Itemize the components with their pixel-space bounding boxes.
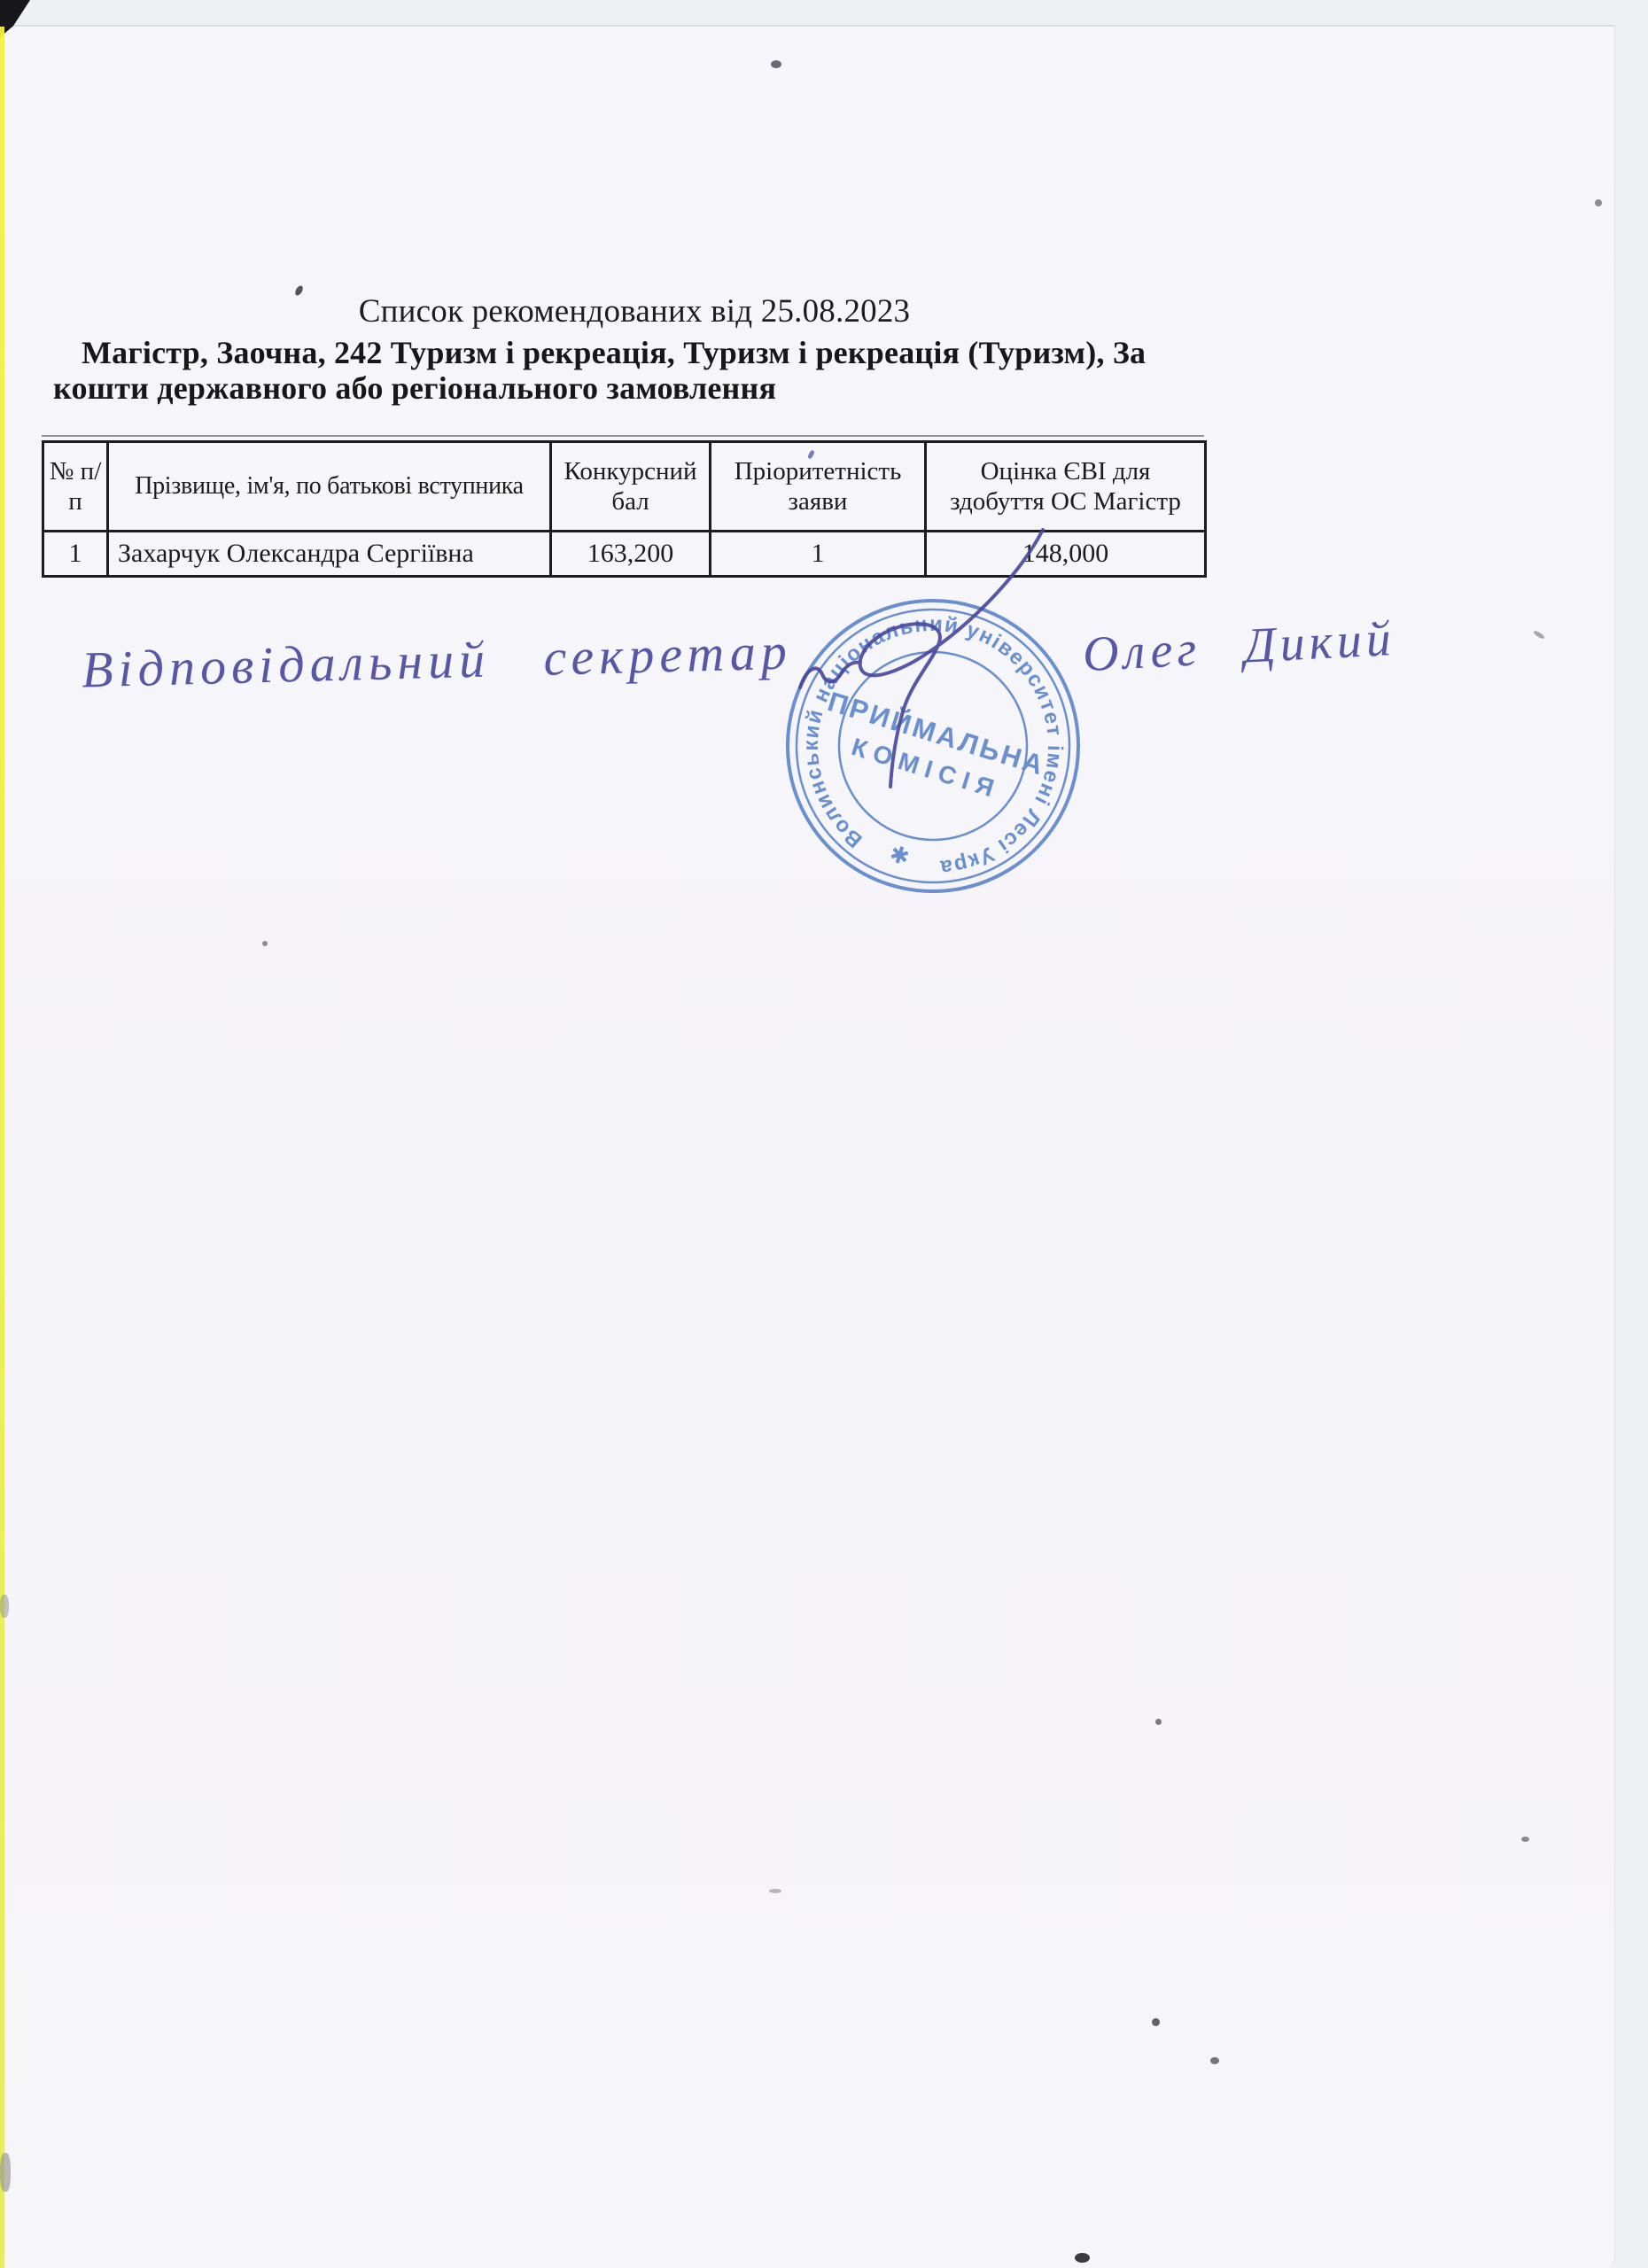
- scan-edge-yellow-line: [0, 27, 4, 2268]
- header-number: № п/п: [43, 442, 108, 532]
- signature-main-stroke: [860, 530, 1043, 787]
- page-subtitle: Магістр, Заочна, 242 Туризм і рекреація,…: [53, 335, 1232, 406]
- cell-number: 1: [43, 532, 108, 577]
- scan-speck: [1155, 1719, 1162, 1725]
- scan-speck: [1521, 1837, 1529, 1842]
- scan-edge-smudge: [0, 2153, 11, 2192]
- scan-speck: [1595, 199, 1602, 206]
- cell-score: 163,200: [551, 532, 711, 577]
- scan-ghost-line: [42, 435, 1204, 437]
- header-score: Конкурсний бал: [551, 442, 711, 532]
- scan-speck: [769, 1889, 781, 1893]
- subtitle-line-1: Магістр, Заочна, 242 Туризм і рекреація,…: [53, 335, 1232, 370]
- signature-squiggle: [800, 663, 860, 687]
- scan-speck: [1210, 2057, 1219, 2064]
- subtitle-line-2: кошти державного або регіонального замов…: [53, 370, 1232, 406]
- header-name: Прізвище, ім'я, по батькові вступника: [108, 442, 551, 532]
- scan-edge-smudge: [0, 1595, 9, 1618]
- scan-speck: [1075, 2253, 1090, 2263]
- scan-speck: [262, 941, 268, 946]
- signature-pen-stroke: [753, 492, 1090, 811]
- page-title: Список рекомендованих від 25.08.2023: [53, 292, 1216, 330]
- cell-name: Захарчук Олександра Сергіївна: [108, 532, 551, 577]
- scan-speck: [1152, 2018, 1160, 2026]
- stamp-star-icon: ✱: [886, 840, 913, 871]
- scan-speck: [771, 60, 781, 68]
- scanned-document-page: Список рекомендованих від 25.08.2023 Маг…: [0, 0, 1648, 2268]
